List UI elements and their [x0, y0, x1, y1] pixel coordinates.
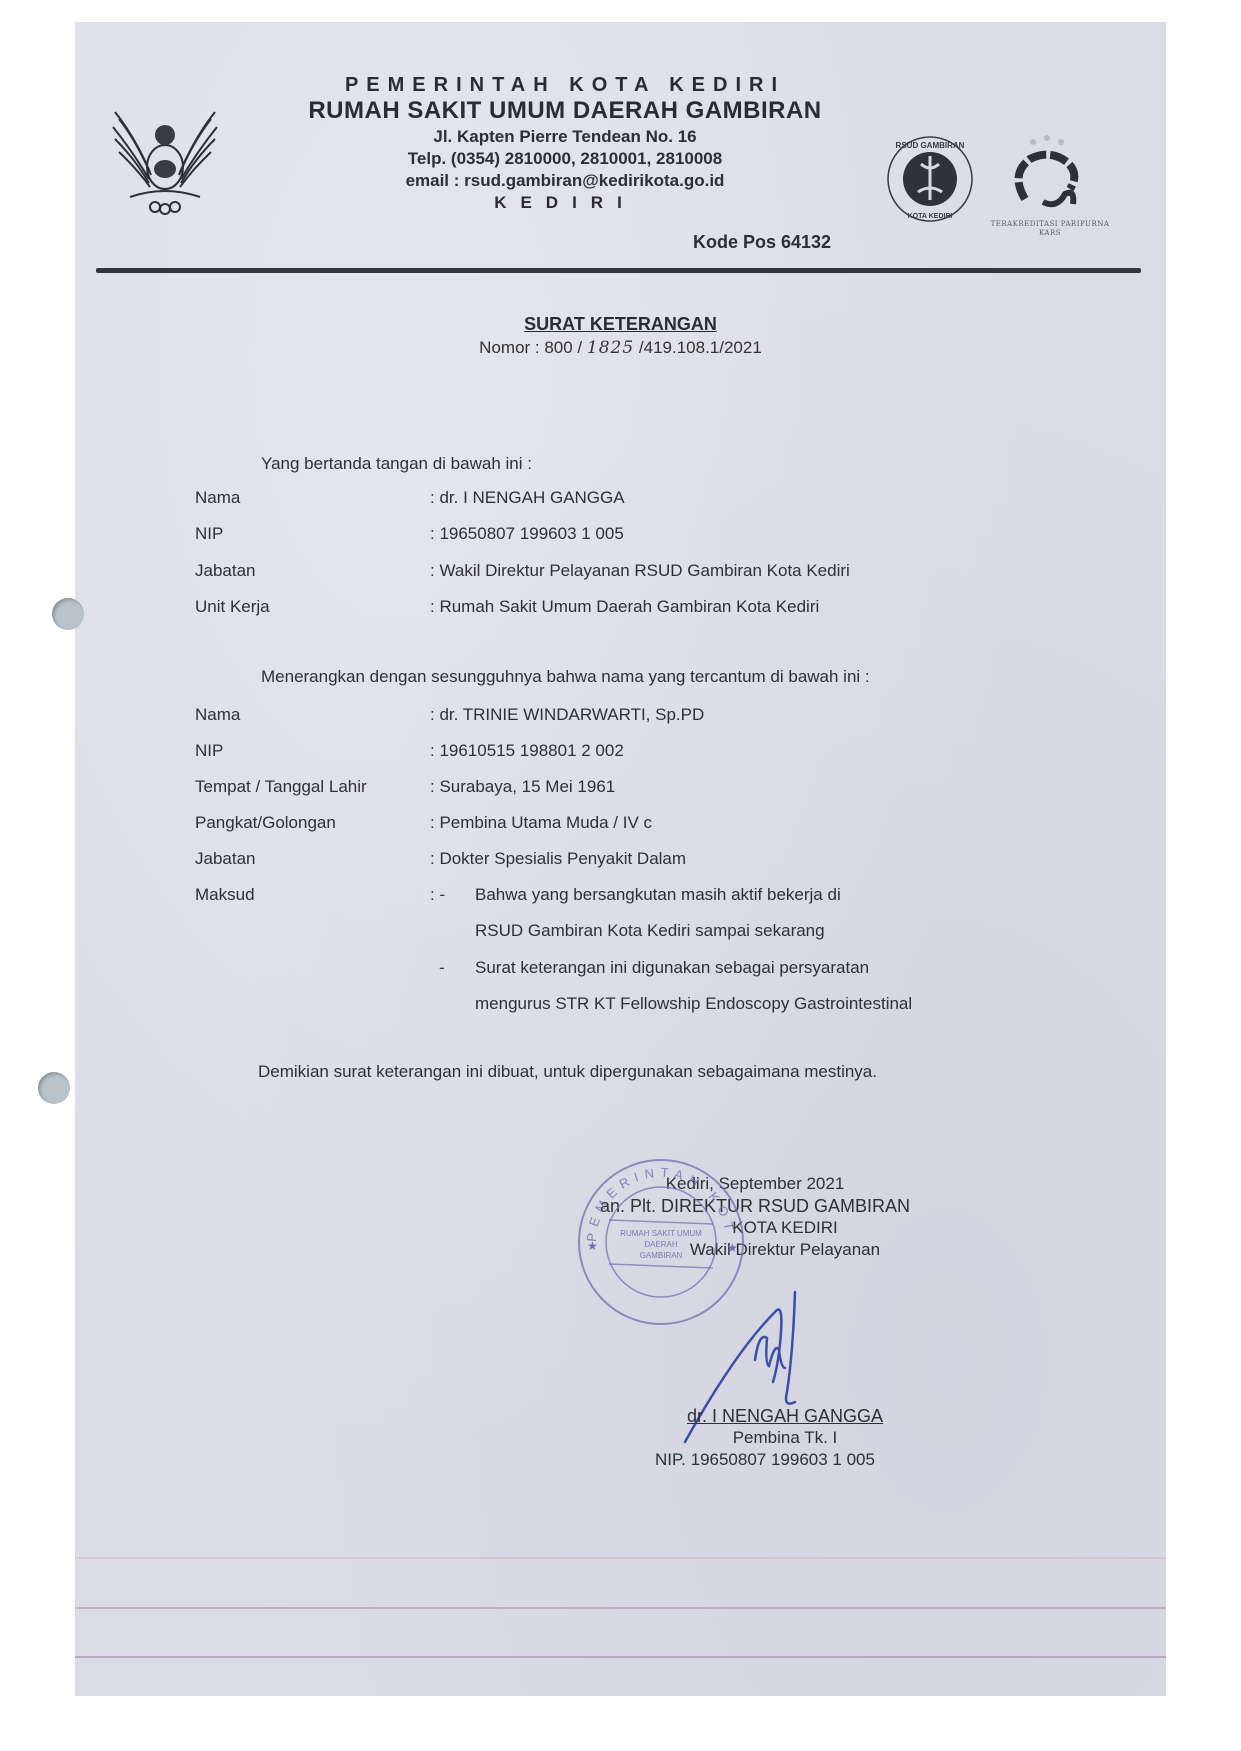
letterhead-government: PEMERINTAH KOTA KEDIRI	[175, 75, 955, 95]
subject-intro: Menerangkan dengan sesungguhnya bahwa na…	[261, 667, 870, 687]
field-label: Maksud	[195, 885, 255, 905]
letterhead-city: KEDIRI	[175, 194, 955, 211]
field-label: NIP	[195, 524, 223, 544]
field-value: : 19650807 199603 1 005	[430, 524, 624, 544]
scan-artifact-line	[75, 1656, 1166, 1658]
field-value: : Wakil Direktur Pelayanan RSUD Gambiran…	[430, 561, 850, 581]
field-label: Tempat / Tanggal Lahir	[195, 777, 367, 797]
field-value: : Dokter Spesialis Penyakit Dalam	[430, 849, 686, 869]
field-value: : dr. I NENGAH GANGGA	[430, 488, 625, 508]
field-label: Nama	[195, 705, 240, 725]
purpose-item-1-line-1: Bahwa yang bersangkutan masih aktif beke…	[475, 885, 841, 905]
field-value: : dr. TRINIE WINDARWARTI, Sp.PD	[430, 705, 704, 725]
purpose-colon: : -	[430, 885, 445, 905]
signatory-name: dr. I NENGAH GANGGA	[575, 1406, 995, 1427]
kars-accreditation-caption: Terakreditasi Paripurna KARS	[980, 220, 1120, 238]
field-label: Nama	[195, 488, 240, 508]
punch-hole	[52, 598, 84, 630]
document-number-suffix: /419.108.1/2021	[639, 338, 762, 357]
accreditation-org: KARS	[980, 229, 1120, 238]
svg-text:★: ★	[727, 1241, 738, 1255]
document-title: SURAT KETERANGAN	[75, 314, 1166, 335]
closing-statement: Demikian surat keterangan ini dibuat, un…	[258, 1062, 877, 1082]
svg-text:DAERAH: DAERAH	[644, 1240, 678, 1249]
signatory-rank: Pembina Tk. I	[575, 1428, 995, 1448]
hospital-logo-icon: RSUD GAMBIRAN KOTA KEDIRI	[885, 134, 975, 224]
field-label: Pangkat/Golongan	[195, 813, 336, 833]
letterhead-divider	[96, 268, 1141, 273]
signatory-name-text: dr. I NENGAH GANGGA	[687, 1406, 883, 1426]
letterhead-postal-code: Kode Pos 64132	[693, 232, 831, 253]
purpose-item-2-line-2: mengurus STR KT Fellowship Endoscopy Gas…	[475, 994, 912, 1014]
field-label: Jabatan	[195, 849, 256, 869]
accreditation-text: Terakreditasi Paripurna	[980, 220, 1120, 229]
field-value: : 19610515 198801 2 002	[430, 741, 624, 761]
svg-text:GAMBIRAN: GAMBIRAN	[640, 1251, 683, 1260]
svg-text:RSUD GAMBIRAN: RSUD GAMBIRAN	[896, 141, 965, 150]
letterhead-email: email : rsud.gambiran@kedirikota.go.id	[175, 172, 955, 189]
purpose-item-2-line-1: Surat keterangan ini digunakan sebagai p…	[475, 958, 869, 978]
field-label: Jabatan	[195, 561, 256, 581]
field-label: NIP	[195, 741, 223, 761]
field-label: Unit Kerja	[195, 597, 270, 617]
field-value: : Pembina Utama Muda / IV c	[430, 813, 652, 833]
letterhead-address: Jl. Kapten Pierre Tendean No. 16	[175, 128, 955, 145]
svg-text:RUMAH SAKIT UMUM: RUMAH SAKIT UMUM	[620, 1229, 702, 1238]
field-value: : Rumah Sakit Umum Daerah Gambiran Kota …	[430, 597, 819, 617]
letterhead: PEMERINTAH KOTA KEDIRI RUMAH SAKIT UMUM …	[175, 72, 955, 211]
document-number: Nomor : 800 / 1825 /419.108.1/2021	[75, 338, 1166, 358]
letterhead-phone: Telp. (0354) 2810000, 2810001, 2810008	[175, 150, 955, 167]
document-number-handwritten: 1825	[587, 338, 634, 358]
purpose-item-1-line-2: RSUD Gambiran Kota Kediri sampai sekaran…	[475, 921, 825, 941]
document-number-prefix: Nomor : 800 /	[479, 338, 582, 357]
svg-text:★: ★	[587, 1239, 598, 1253]
scanned-letter-page: PEMERINTAH KOTA KEDIRI RUMAH SAKIT UMUM …	[75, 22, 1166, 1696]
signatory-nip: NIP. 19650807 199603 1 005	[555, 1450, 975, 1470]
scan-artifact-line	[75, 1557, 1166, 1559]
scan-artifact-line	[75, 1607, 1166, 1609]
purpose-item-2-dash: -	[439, 958, 445, 978]
svg-text:KOTA KEDIRI: KOTA KEDIRI	[908, 213, 953, 220]
letterhead-hospital-name: RUMAH SAKIT UMUM DAERAH GAMBIRAN	[175, 99, 955, 123]
signatory-intro: Yang bertanda tangan di bawah ini :	[261, 454, 532, 474]
punch-hole	[38, 1072, 70, 1104]
field-value: : Surabaya, 15 Mei 1961	[430, 777, 615, 797]
